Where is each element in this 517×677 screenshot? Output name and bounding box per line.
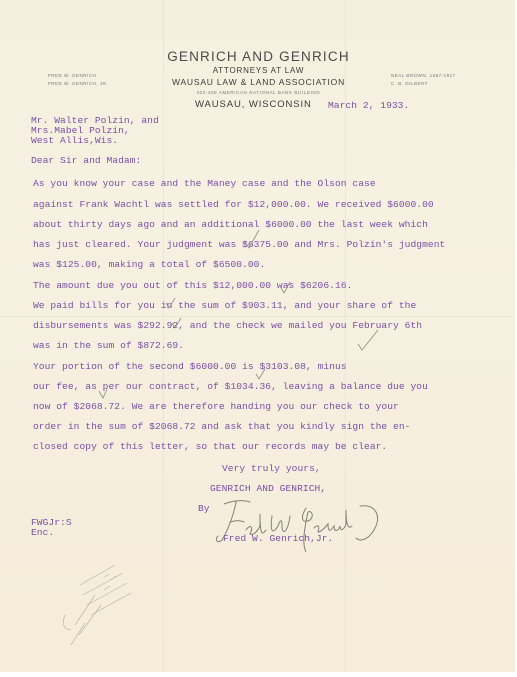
- body-line: has just cleared. Your judgment was $637…: [33, 239, 445, 250]
- closing-firm-name: GENRICH AND GENRICH,: [210, 483, 326, 494]
- body-line: Your portion of the second $6000.00 is $…: [33, 361, 347, 372]
- body-line: As you know your case and the Maney case…: [33, 178, 376, 189]
- body-line: The amount due you out of this $12,000.0…: [33, 280, 352, 291]
- handwritten-signature: [210, 496, 390, 552]
- body-line: was $125.00, making a total of $6500.00.: [33, 259, 265, 270]
- closing-by: By: [198, 503, 210, 514]
- partner-name: NEAL BROWN, 1887-1917: [391, 72, 456, 80]
- letterhead-city: WAUSAU, WISCONSIN: [195, 99, 312, 110]
- letter-page: GENRICH AND GENRICH ATTORNEYS AT LAW WAU…: [0, 0, 515, 672]
- body-line: order in the sum of $2068.72 and ask tha…: [33, 421, 410, 432]
- letterhead-building: 402-408 AMERICAN NATIONAL BANK BUILDING: [0, 90, 515, 95]
- partner-name: FRED W. GENRICH: [48, 72, 108, 80]
- enclosure-notation: Enc.: [31, 527, 54, 538]
- letterhead-partners-right: NEAL BROWN, 1887-1917 C. B. GILBERT: [391, 72, 456, 88]
- pencil-check-mark: [98, 388, 108, 400]
- recipient-line: West Allis,Wis.: [31, 135, 118, 146]
- body-line: against Frank Wachtl was settled for $12…: [33, 199, 434, 210]
- pencil-check-mark: [165, 296, 177, 310]
- pencil-check-mark: [279, 280, 293, 296]
- fold-crease-vertical: [163, 0, 165, 672]
- body-line: was in the sum of $872.69.: [33, 340, 184, 351]
- letterhead-partners-left: FRED W. GENRICH FRED W. GENRICH, JR.: [48, 72, 108, 88]
- body-line: We paid bills for you in the sum of $903…: [33, 300, 416, 311]
- body-line: now of $2068.72. We are therefore handin…: [33, 401, 399, 412]
- pencil-check-mark: [243, 228, 261, 252]
- pencil-check-mark: [171, 316, 183, 330]
- complimentary-close: Very truly yours,: [222, 463, 321, 474]
- body-line: about thirty days ago and an additional …: [33, 219, 428, 230]
- partner-name: FRED W. GENRICH, JR.: [48, 80, 108, 88]
- letter-date: March 2, 1933.: [328, 100, 409, 111]
- body-line: closed copy of this letter, so that our …: [33, 441, 387, 452]
- letterhead-firm-name: GENRICH AND GENRICH: [0, 49, 515, 64]
- pencil-check-mark: [255, 367, 267, 381]
- salutation: Dear Sir and Madam:: [31, 155, 141, 166]
- pencil-notation: [45, 555, 155, 660]
- partner-name: C. B. GILBERT: [391, 80, 456, 88]
- fold-crease-horizontal: [0, 316, 515, 318]
- pencil-check-mark: [356, 328, 380, 352]
- body-line: our fee, as per our contract, of $1034.3…: [33, 381, 428, 392]
